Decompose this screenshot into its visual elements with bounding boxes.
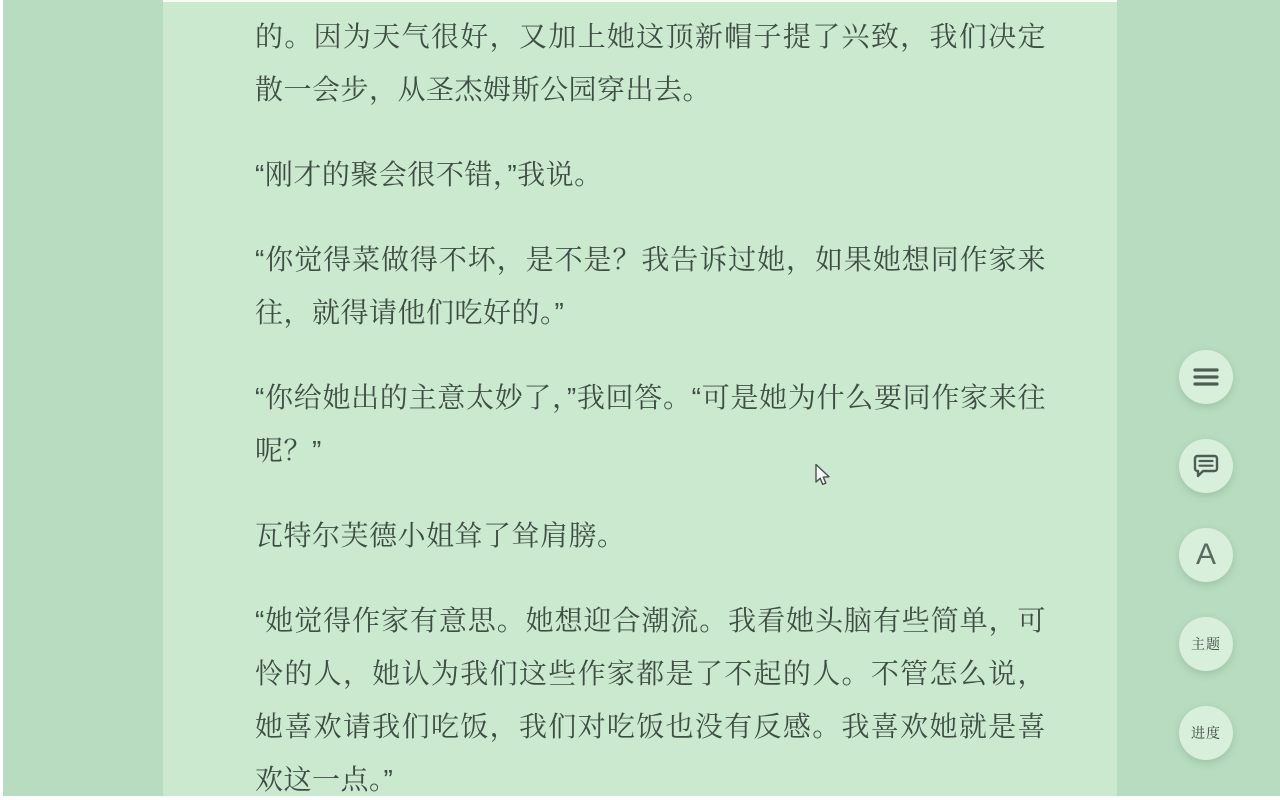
- progress-button-label: 进度: [1191, 726, 1221, 740]
- progress-button[interactable]: 进度: [1179, 706, 1233, 760]
- paragraph: “你觉得菜做得不坏，是不是？我告诉过她，如果她想同作家来往，就得请他们吃好的。”: [255, 233, 1046, 339]
- window-edge-bottom: [0, 796, 1280, 800]
- paragraph: “刚才的聚会很不错，”我说。: [255, 148, 1046, 201]
- paragraph: 瓦特尔芙德小姐耸了耸肩膀。: [255, 509, 1046, 562]
- paragraph: “你给她出的主意太妙了，”我回答。“可是她为什么要同作家来往呢？”: [255, 371, 1046, 477]
- reading-page[interactable]: 的。因为天气很好，又加上她这顶新帽子提了兴致，我们决定散一会步，从圣杰姆斯公园穿…: [163, 0, 1117, 800]
- window-edge-left: [0, 0, 3, 800]
- theme-button-label: 主题: [1191, 637, 1221, 651]
- theme-button[interactable]: 主题: [1179, 617, 1233, 671]
- paragraph: “她觉得作家有意思。她想迎合潮流。我看她头脑有些简单，可怜的人，她认为我们这些作…: [255, 594, 1046, 800]
- quick-actions-toolbar: A 主题 进度: [1179, 350, 1233, 760]
- reader-window: 的。因为天气很好，又加上她这顶新帽子提了兴致，我们决定散一会步，从圣杰姆斯公园穿…: [0, 0, 1280, 800]
- font-settings-button[interactable]: A: [1179, 528, 1233, 582]
- font-size-icon: A: [1196, 540, 1216, 570]
- speech-bubble-icon: [1192, 453, 1220, 479]
- comments-button[interactable]: [1179, 439, 1233, 493]
- contents-button[interactable]: [1179, 350, 1233, 404]
- paragraph: 的。因为天气很好，又加上她这顶新帽子提了兴致，我们决定散一会步，从圣杰姆斯公园穿…: [255, 10, 1046, 116]
- hamburger-menu-icon: [1193, 367, 1219, 387]
